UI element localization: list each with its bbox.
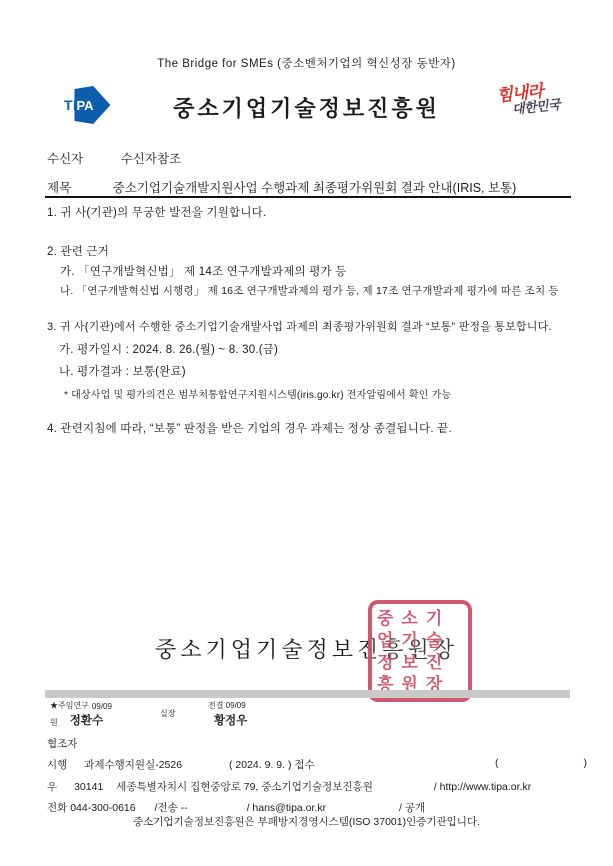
tagline: The Bridge for SMEs (중소벤처기업의 혁신성장 동반자) — [0, 55, 613, 71]
recipient-row: 수신자 수신자참조 — [47, 149, 181, 167]
approver-1-date: 09/09 — [92, 702, 112, 711]
subject-row: 제목 중소기업기술개발지원사업 수행과제 최종평가위원회 결과 안내(IRIS,… — [47, 178, 516, 196]
signer-title: 중소기업기술정보진흥원장 — [0, 633, 613, 664]
receipt-blank: ( ) — [495, 757, 587, 769]
official-letter-page: The Bridge for SMEs (중소벤처기업의 혁신성장 동반자) T… — [0, 0, 613, 866]
paragraph-3-item-b: 나. 평가결과 : 보통(완료) — [59, 363, 186, 379]
approver-1-title-cont: 원 — [50, 717, 58, 728]
separator-bar — [45, 690, 570, 698]
address-text: 세종특별자치시 집현중앙로 79, 중소기업기술정보진흥원 — [116, 781, 373, 793]
paragraph-3-item-a: 가. 평가일시 : 2024. 8. 26.(월) ~ 8. 30.(금) — [59, 341, 278, 357]
seal-row: 중소기 — [377, 607, 463, 629]
campaign-calligraphy: 힘내라 대한민국 — [496, 81, 561, 117]
recipient-label: 수신자 — [47, 152, 83, 166]
seal-row: 정보진 — [377, 651, 463, 673]
iso-certification-line: 중소기업기술정보진흥원은 부패방지경영시스템(ISO 37001)인증기관입니다… — [0, 814, 613, 829]
disclosure-status: / 공개 — [399, 802, 425, 814]
exec-date-receipt: ( 2024. 9. 9. ) 접수 — [229, 759, 315, 771]
zip-label: 우 — [47, 781, 57, 793]
receipt-open-paren: ( — [495, 757, 499, 769]
address-line: 우 30141 세종특별자치시 집현중앙로 79, 중소기업기술정보진흥원 / … — [47, 779, 531, 794]
approver-1: ★주임연구 09/09 원 정환수 — [50, 700, 160, 728]
subject-label: 제목 — [47, 181, 71, 195]
cooperator-label: 협조자 — [47, 736, 77, 751]
tipa-logo-ti-text: TI — [64, 97, 77, 113]
receipt-close-paren: ) — [584, 757, 588, 769]
paragraph-1: 1. 귀 사(기관)의 무궁한 발전을 기원합니다. — [47, 204, 266, 220]
email-address: / hans@tipa.or.kr — [247, 802, 327, 814]
paragraph-3-note: * 대상사업 및 평가의견은 범부처통합연구지원시스템(iris.go.kr) … — [64, 386, 451, 401]
official-seal: 중소기 업기술 정보진 흥원장 — [368, 600, 472, 702]
subject-value: 중소기업기술개발지원사업 수행과제 최종평가위원회 결과 안내(IRIS, 보통… — [113, 181, 517, 195]
recipient-value: 수신자참조 — [121, 152, 181, 166]
contact-line: 전화 044-300-0616 /전송 -- / hans@tipa.or.kr… — [47, 800, 425, 815]
fax: /전송 -- — [155, 802, 188, 814]
approver-1-name: 정환수 — [70, 712, 103, 728]
seal-row: 업기술 — [377, 629, 463, 651]
website-url: / http://www.tipa.or.kr — [434, 781, 531, 793]
exec-label: 시행 — [47, 759, 67, 771]
paragraph-2-title: 2. 관련 근거 — [47, 243, 109, 259]
approver-2-action: 전결 09/09 — [208, 700, 247, 711]
approval-block: ★주임연구 09/09 원 정환수 실장 전결 09/09 황정우 — [50, 700, 247, 728]
paragraph-3-title: 3. 귀 사(기관)에서 수행한 중소기업기술개발사업 과제의 최종평가위원회 … — [47, 318, 552, 334]
approver-2: 전결 09/09 황정우 — [208, 700, 247, 728]
approver-2-name: 황정우 — [208, 712, 247, 728]
approver-1-title: ★주임연구 — [50, 700, 89, 711]
telephone: 전화 044-300-0616 — [47, 802, 136, 814]
paragraph-2-item-b: 나. 「연구개발혁신법 시행령」 제 16조 연구개발과제의 평가 등, 제 1… — [60, 283, 559, 298]
paragraph-4: 4. 관련지침에 따라, “보통” 판정을 받은 기업의 경우 과제는 정상 종… — [47, 420, 452, 436]
execution-line: 시행 과제수행지원실-2526 ( 2024. 9. 9. ) 접수 ( ) — [47, 757, 587, 772]
paragraph-2-item-a: 가. 「연구개발혁신법」 제 14조 연구개발과제의 평가 등 — [60, 263, 347, 279]
approver-2-title: 실장 — [160, 700, 208, 719]
subject-underline — [45, 196, 571, 198]
exec-doc-number: 과제수행지원실-2526 — [84, 759, 182, 771]
zip-code: 30141 — [74, 781, 103, 793]
